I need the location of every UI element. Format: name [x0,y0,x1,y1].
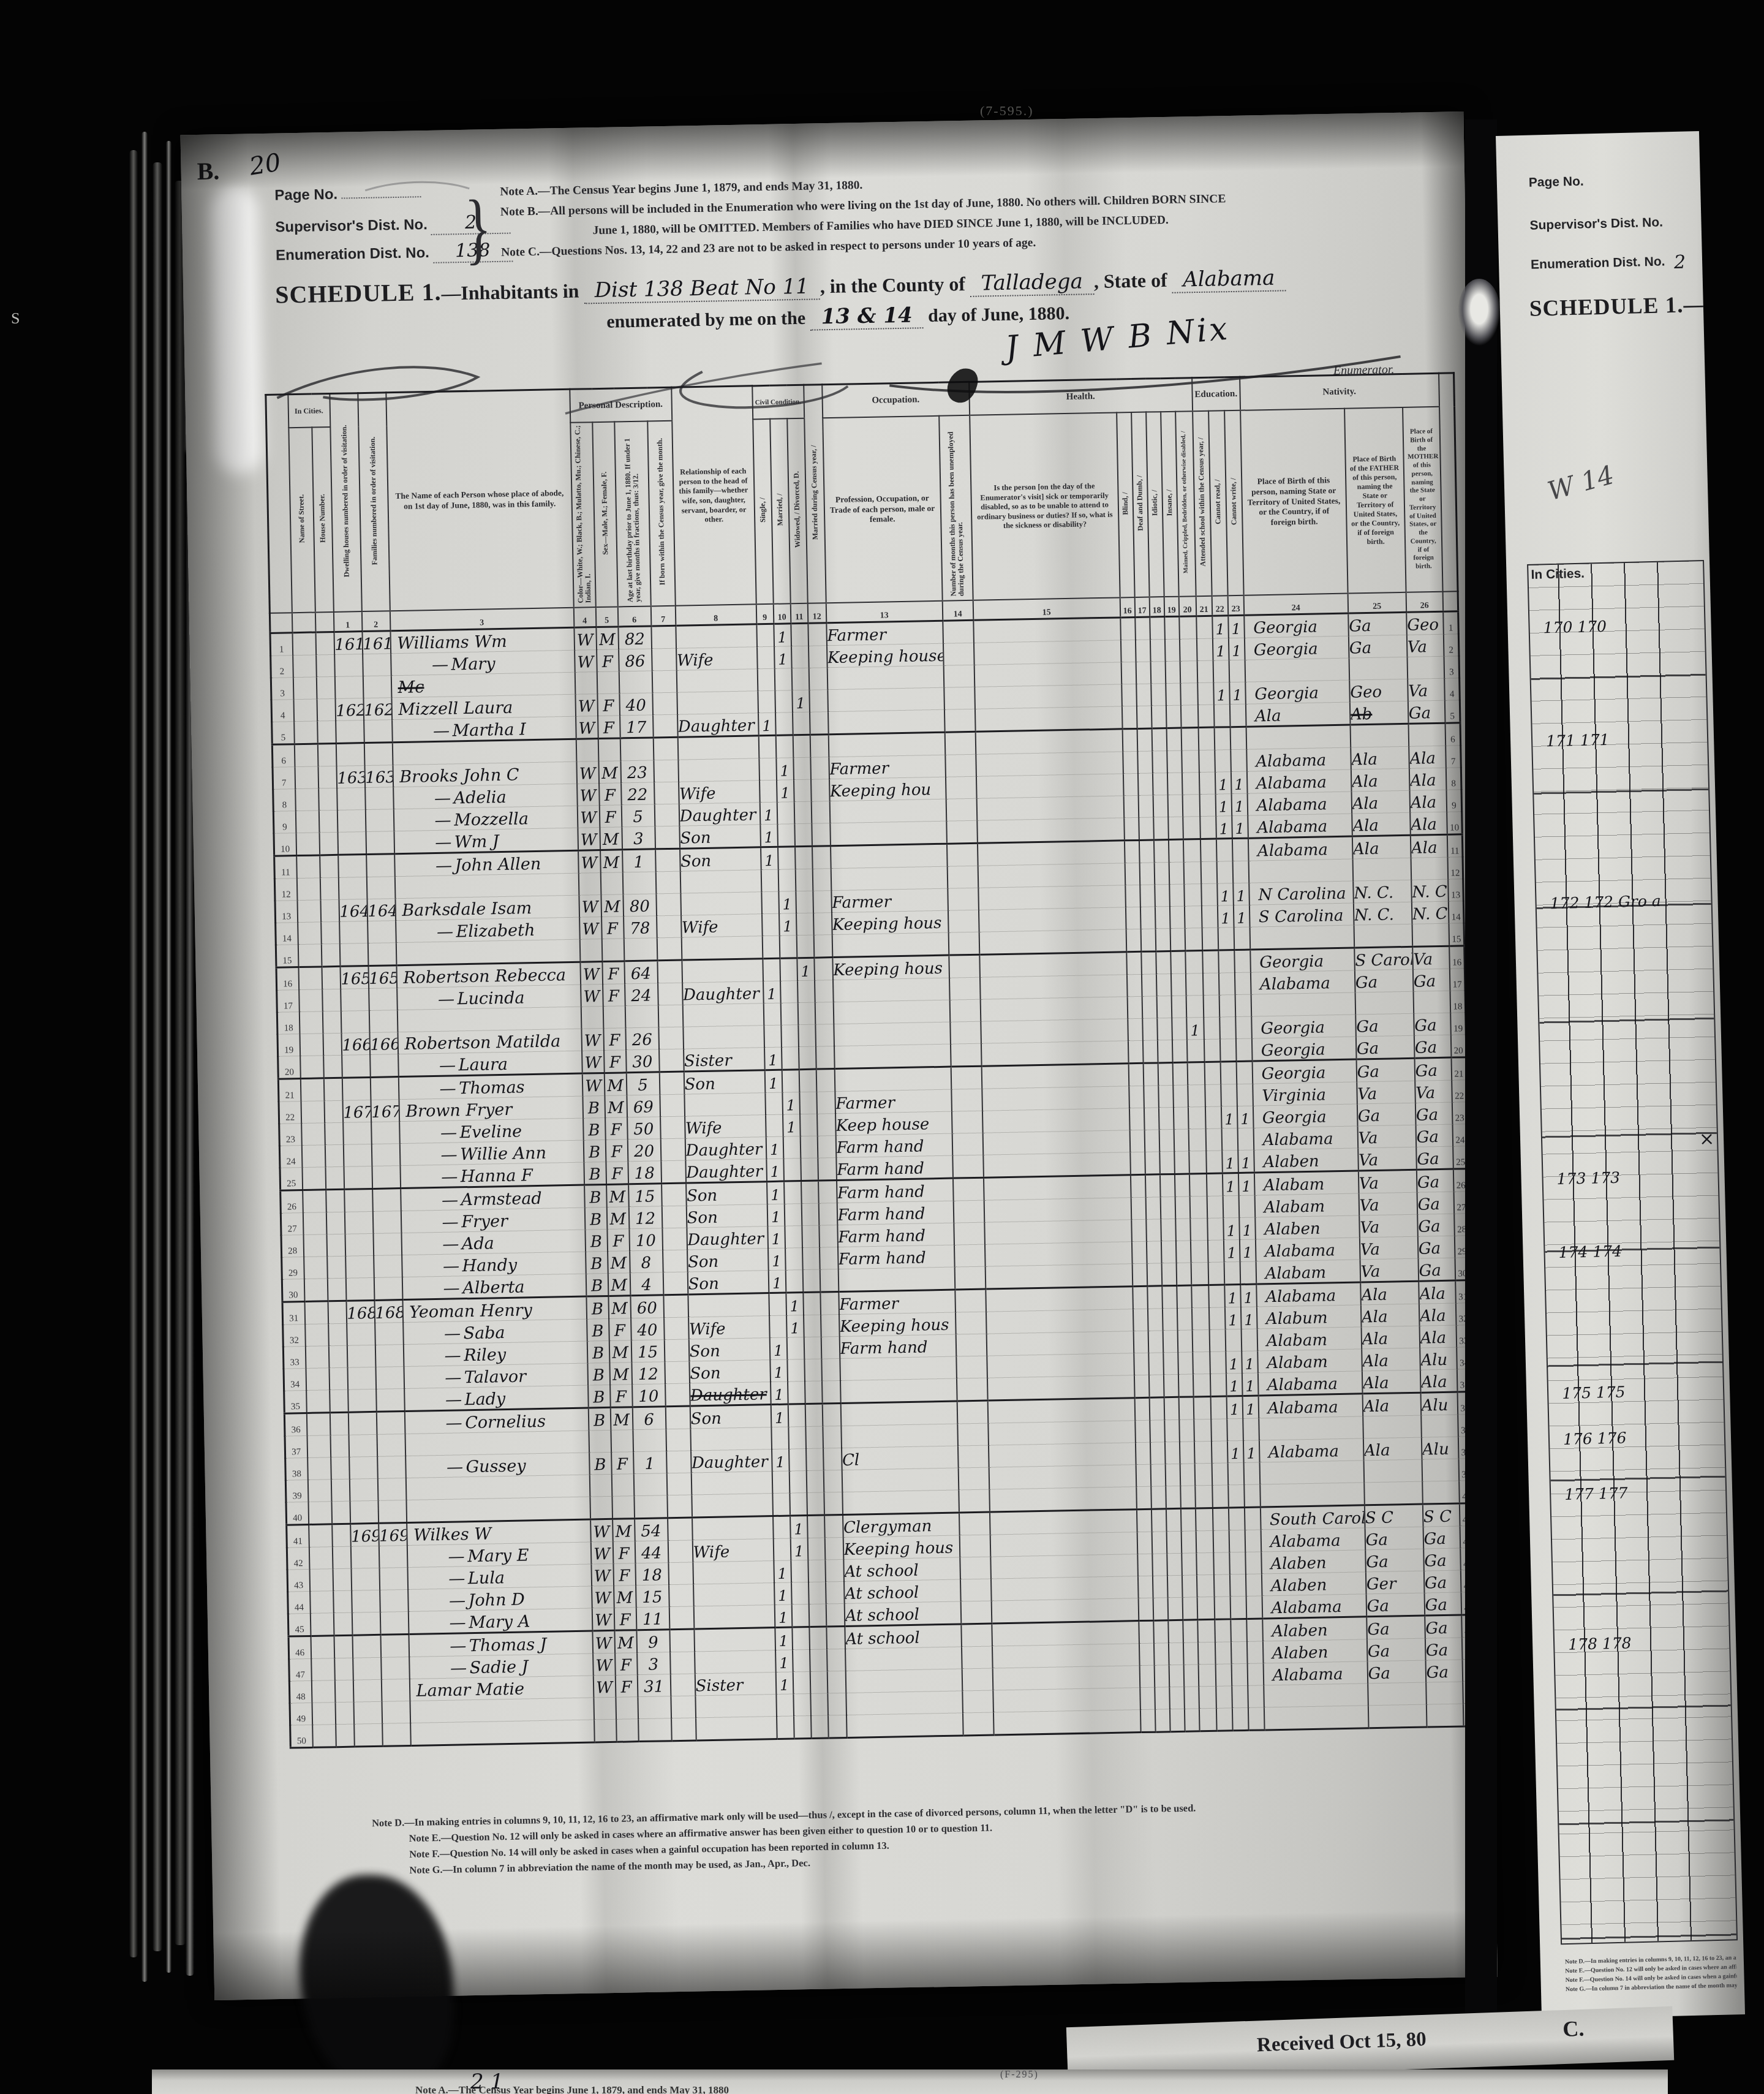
cannot-read-mark [1219,1017,1236,1039]
rp-dwelling-family-number: 170 170 [1543,618,1607,637]
months-unemployed [944,731,976,755]
street [304,1279,328,1302]
dwelling-number [350,1546,379,1568]
dwelling-number [347,1345,375,1367]
binding-mark [1525,1725,1532,1738]
birth-month [659,1049,684,1072]
sickness [981,1064,1129,1089]
father-birthplace: Ala [1351,790,1410,814]
street [297,900,321,923]
cannot-read-mark [1221,1084,1237,1106]
widowed-mark [809,1627,827,1650]
person-name: Yeoman Henry [402,1296,587,1322]
line-number-left: 44 [288,1591,311,1614]
widowed-mark [799,1092,817,1114]
idiotic [1159,1129,1174,1151]
birthplace: Georgia [1245,636,1349,660]
age: 15 [628,1184,662,1207]
married-mark [791,1605,809,1628]
married-census-year [823,1426,842,1448]
person-name [396,939,580,965]
sickness [993,1710,1141,1735]
person-name [410,1698,594,1723]
single-mark [777,1716,794,1739]
mother-birthplace: Ala [1419,1280,1456,1304]
sickness [979,952,1127,977]
relationship [692,1516,774,1540]
column-number-23: 23 [1227,595,1244,616]
family-number [363,654,391,676]
cannot-read-mark [1224,1262,1240,1285]
house-number [330,1435,349,1457]
col-pob-mother: Place of Birth of the MOTHER of this per… [1403,407,1443,592]
insane [1174,1107,1189,1129]
months-unemployed [953,1177,984,1201]
age: 60 [630,1295,664,1318]
father-birthplace: Ga [1366,1616,1425,1639]
idiotic [1158,1085,1174,1107]
blind [1121,684,1137,706]
group-health: Health. [969,378,1193,415]
occupation [846,1713,963,1737]
relationship [694,1628,775,1652]
months-unemployed [948,932,979,955]
occupation [833,978,950,1002]
attended-school [1204,1017,1220,1039]
occupation: Farm hand [837,1223,954,1247]
attended-school [1213,1508,1229,1530]
line-number-right: 4 [1444,678,1460,700]
married-mark: 1 [774,646,792,669]
father-birthplace: Ala [1352,812,1411,836]
cannot-write-mark [1235,1016,1252,1038]
birthplace: Georgia [1252,1037,1357,1061]
father-birthplace: Ga [1365,1549,1424,1572]
sickness [974,662,1121,687]
father-birthplace [1355,991,1414,1015]
blind [1122,728,1137,751]
census-table: In Cities. Dwelling houses numbered in o… [265,372,1479,1748]
person-name: Mizzell Laura [391,694,576,719]
idiotic [1167,1553,1182,1575]
relationship: Son [680,847,761,871]
father-birthplace: Ga [1366,1593,1425,1617]
street [294,721,318,744]
father-birthplace: Ga [1367,1660,1426,1684]
person-name: Armstead [401,1185,585,1211]
relationship [693,1561,774,1584]
married-mark [778,869,796,892]
months-unemployed [954,1266,986,1290]
dwelling-number [337,832,366,855]
insane [1174,1129,1189,1151]
sex: F [602,961,625,985]
insane [1184,1687,1199,1709]
binding-mark [1512,1200,1519,1213]
occupation: Farm hand [836,1155,953,1180]
line-number-left: 25 [280,1168,303,1191]
deaf-dumb [1137,728,1152,751]
sex: M [609,1340,631,1363]
idiotic [1153,817,1169,840]
mother-birthplace: Ala [1409,790,1447,812]
deaf-dumb [1150,1464,1166,1486]
dwelling-number [336,743,364,766]
insane [1169,906,1185,928]
blind [1131,1174,1146,1197]
months-unemployed [943,620,974,643]
column-number-14: 14 [942,600,973,621]
occupation [840,1378,957,1403]
months-unemployed [946,798,977,821]
birthplace: Virginia [1253,1082,1357,1106]
widowed-mark [805,1404,823,1427]
cannot-write-mark [1235,994,1251,1016]
relationship: Daughter [691,1450,772,1473]
widowed-mark [800,1114,818,1136]
birthplace: Alabama [1258,1371,1363,1396]
maimed-mark [1199,1708,1217,1731]
district-value: Dist 138 Beat No 11 [584,274,821,304]
married-census-year [818,1203,837,1226]
attended-school [1212,1485,1229,1508]
family-number [372,1166,401,1189]
rp-dwelling-family-number: 177 177 [1564,1484,1628,1503]
maimed-mark [1198,1642,1216,1665]
age [638,1718,672,1742]
married-census-year [808,623,827,646]
binding-mark [1498,626,1506,640]
house-number [318,766,337,788]
street [310,1613,334,1636]
relationship [695,1695,777,1718]
relationship: Son [689,1360,771,1383]
cannot-read-mark: 1 [1224,1285,1241,1307]
age: 22 [621,782,655,805]
months-unemployed [951,1066,982,1089]
maimed-mark [1196,1530,1213,1553]
married-census-year [813,935,832,958]
birth-month [661,1183,687,1206]
house-number [321,921,340,944]
inhabitants-label: —Inhabitants in [441,280,579,304]
widowed-mark [801,1158,818,1181]
months-unemployed [955,1289,986,1312]
column-number-8: 8 [675,604,756,626]
birthplace: Alaben [1262,1617,1367,1641]
cannot-write-mark [1243,1462,1260,1484]
family-number [373,1233,402,1256]
single-mark: 1 [771,1382,788,1405]
line-number-left: 12 [274,879,297,901]
sickness [981,1019,1128,1043]
idiotic [1156,974,1172,996]
deaf-dumb [1151,1532,1167,1554]
father-birthplace [1368,1704,1427,1728]
sickness [977,818,1125,843]
married-census-year [811,801,830,824]
age: 17 [620,715,654,738]
age: 40 [631,1318,665,1340]
deaf-dumb [1142,1018,1158,1040]
married-census-year [821,1337,840,1359]
maimed-mark [1179,616,1197,640]
sex: F [607,1229,630,1252]
line-number-left: 19 [277,1034,300,1057]
idiotic [1163,1352,1178,1374]
relationship: Son [688,1338,770,1361]
attended-school [1215,1619,1231,1642]
dwelling-number [341,1011,369,1034]
cannot-write-mark [1240,1261,1256,1284]
widowed-mark [801,1181,819,1204]
family-number [380,1612,409,1635]
column-number-13: 13 [826,601,943,623]
insane [1164,616,1180,639]
birth-month [660,1116,685,1139]
blind [1134,1375,1150,1397]
birthplace: N Carolina [1249,881,1354,905]
blind [1123,751,1138,773]
single-mark [762,935,780,959]
deaf-dumb [1142,996,1157,1018]
birth-month [665,1361,690,1384]
handwritten-page-number: 20 [247,148,283,181]
column-number-22: 22 [1212,595,1228,616]
house-number [325,1122,344,1145]
family-number [365,809,394,832]
deaf-dumb [1139,817,1154,840]
street [301,1101,325,1124]
blind [1137,1554,1153,1576]
cannot-read-mark: 1 [1226,1396,1243,1418]
birthplace [1264,1706,1369,1730]
sex [611,1474,634,1497]
family-number [366,854,395,877]
married-mark [778,847,796,870]
group-nativity: Nativity. [1240,373,1439,410]
birthplace: South Carolina [1261,1505,1365,1530]
house-number [330,1412,349,1435]
line-number-right: 9 [1446,790,1462,812]
house-number [326,1212,345,1234]
birthplace: Alabam [1256,1260,1360,1284]
idiotic [1166,1508,1182,1531]
cannot-write-mark [1247,1663,1264,1685]
maimed-mark [1186,973,1204,996]
column-number-6: 6 [617,606,651,626]
relationship [680,892,762,915]
family-number [381,1657,410,1679]
person-name: Fryer [401,1208,585,1233]
sickness [987,1398,1135,1423]
married-mark [781,1025,799,1048]
insane [1174,1151,1189,1174]
birth-month [666,1451,692,1473]
col-widowed: Widowed, / Divorced, D. [787,418,808,603]
family-number: 165 [368,966,397,989]
months-unemployed [959,1535,990,1557]
person-name: Gussey [405,1453,590,1478]
maimed-mark [1197,1619,1215,1642]
father-birthplace: Geo [1349,679,1408,702]
mother-birthplace: N. C. [1412,901,1449,924]
sickness [991,1576,1139,1601]
blind [1139,1665,1155,1687]
family-number [377,1478,406,1501]
occupation [845,1647,962,1671]
occupation [831,844,948,868]
widowed-mark [805,1381,823,1404]
single-mark: 1 [766,1136,783,1159]
single-mark [771,1427,789,1450]
cannot-write-mark [1236,1038,1253,1061]
months-unemployed [963,1712,994,1736]
married-mark: 1 [786,1315,804,1338]
state-value: Alabama [1172,265,1286,293]
mother-birthplace: Ala [1419,1325,1457,1348]
binding-mark [1500,722,1507,735]
birth-month [655,871,680,894]
dwelling-number [342,1077,371,1100]
line-number-left: 1 [270,633,293,656]
married-census-year [812,869,831,891]
birth-month [667,1495,692,1518]
married-mark: 1 [790,1516,808,1539]
birthplace [1245,658,1349,682]
cannot-read-mark [1229,1530,1245,1552]
birth-month [663,1295,688,1318]
dwelling-number [339,921,368,944]
widowed-mark [807,1538,825,1560]
line-number-right: 10 [1447,812,1463,834]
family-number [369,988,398,1011]
married-census-year [827,1671,846,1693]
street [311,1680,335,1703]
single-mark [773,1538,791,1561]
cannot-write-mark: 1 [1238,1150,1254,1173]
months-unemployed [954,1222,985,1245]
attended-school [1196,616,1213,638]
months-unemployed [953,1200,984,1223]
married-census-year [822,1404,841,1427]
age: 82 [618,626,652,649]
street [304,1257,328,1279]
father-birthplace [1350,724,1409,747]
dwelling-number [338,877,367,900]
street [294,744,318,767]
deaf-dumb [1143,1063,1158,1086]
relationship [692,1494,773,1518]
family-number [375,1323,404,1345]
family-number: 169 [379,1523,407,1546]
line-number-right: 6 [1445,723,1461,746]
cannot-read-mark [1220,1062,1237,1084]
idiotic [1164,1374,1179,1397]
family-number [377,1434,405,1457]
mother-birthplace: Ga [1415,1102,1453,1125]
insane [1177,1308,1193,1330]
color: W [590,1519,613,1542]
married-mark: 1 [779,913,797,936]
cannot-write-mark: 1 [1229,682,1246,704]
family-number [366,877,395,899]
line-number-right: 7 [1445,746,1461,768]
maimed-mark [1180,683,1198,706]
color: W [577,806,600,828]
age: 1 [633,1451,667,1474]
married-census-year [816,1069,835,1092]
attended-school [1203,995,1219,1017]
group-personal-description: Personal Description. [570,387,672,423]
house-number [334,1680,353,1703]
attended-school [1215,1642,1232,1664]
binding-mark [1514,1295,1521,1309]
cannot-write-mark: 1 [1240,1239,1256,1261]
sex: M [596,627,619,650]
birth-month [663,1272,688,1295]
col-sickness: Is the person [on the day of the Enumera… [970,412,1120,600]
occupation: Cl [842,1446,959,1470]
color: W [591,1563,614,1586]
line-number-right: 3 [1444,656,1460,678]
insane [1169,862,1184,884]
maimed-mark [1189,1151,1207,1174]
rp-dwelling-family-number: 176 176 [1563,1429,1627,1448]
widowed-mark [799,1069,816,1092]
sex [603,1006,625,1029]
street [312,1725,336,1748]
sex: F [606,1162,628,1185]
person-name: John Allen [394,850,579,876]
cannot-read-mark: 1 [1213,682,1230,705]
cannot-write-mark [1234,950,1251,972]
birthplace: Alabama [1246,747,1351,771]
occupation: Keep house [835,1111,952,1135]
birthplace: Alabama [1256,1282,1361,1307]
idiotic [1161,1219,1176,1241]
idiotic [1166,1531,1182,1553]
house-number [324,1100,343,1123]
father-birthplace: Va [1357,1081,1415,1104]
color [579,939,602,962]
sickness [980,997,1128,1021]
insane [1178,1352,1193,1374]
dwelling-number: 161 [334,632,363,655]
insane [1169,884,1185,906]
person-name: Williams Wm [390,627,575,653]
birthplace: Alabam [1257,1349,1362,1373]
binding-mark [1511,1152,1518,1165]
cannot-write-mark [1238,1195,1255,1217]
color: B [587,1363,610,1385]
line-number-left: 16 [276,967,299,991]
column-number-4: 4 [573,607,596,627]
relationship: Son [687,1249,769,1272]
dwelling-number [353,1657,382,1680]
house-number [322,989,341,1011]
married-mark [777,824,795,847]
sex: F [597,694,620,716]
relationship: Son [687,1271,769,1295]
header-brace: } [464,182,492,274]
line-number-left: 22 [279,1102,301,1124]
enumerated-label: enumerated by me on the [606,308,806,332]
line-number-left: 30 [282,1279,304,1302]
house-number [315,632,334,655]
rp-hand-scrawl: W 14 [1544,459,1617,506]
birthplace: Alabama [1247,769,1352,793]
